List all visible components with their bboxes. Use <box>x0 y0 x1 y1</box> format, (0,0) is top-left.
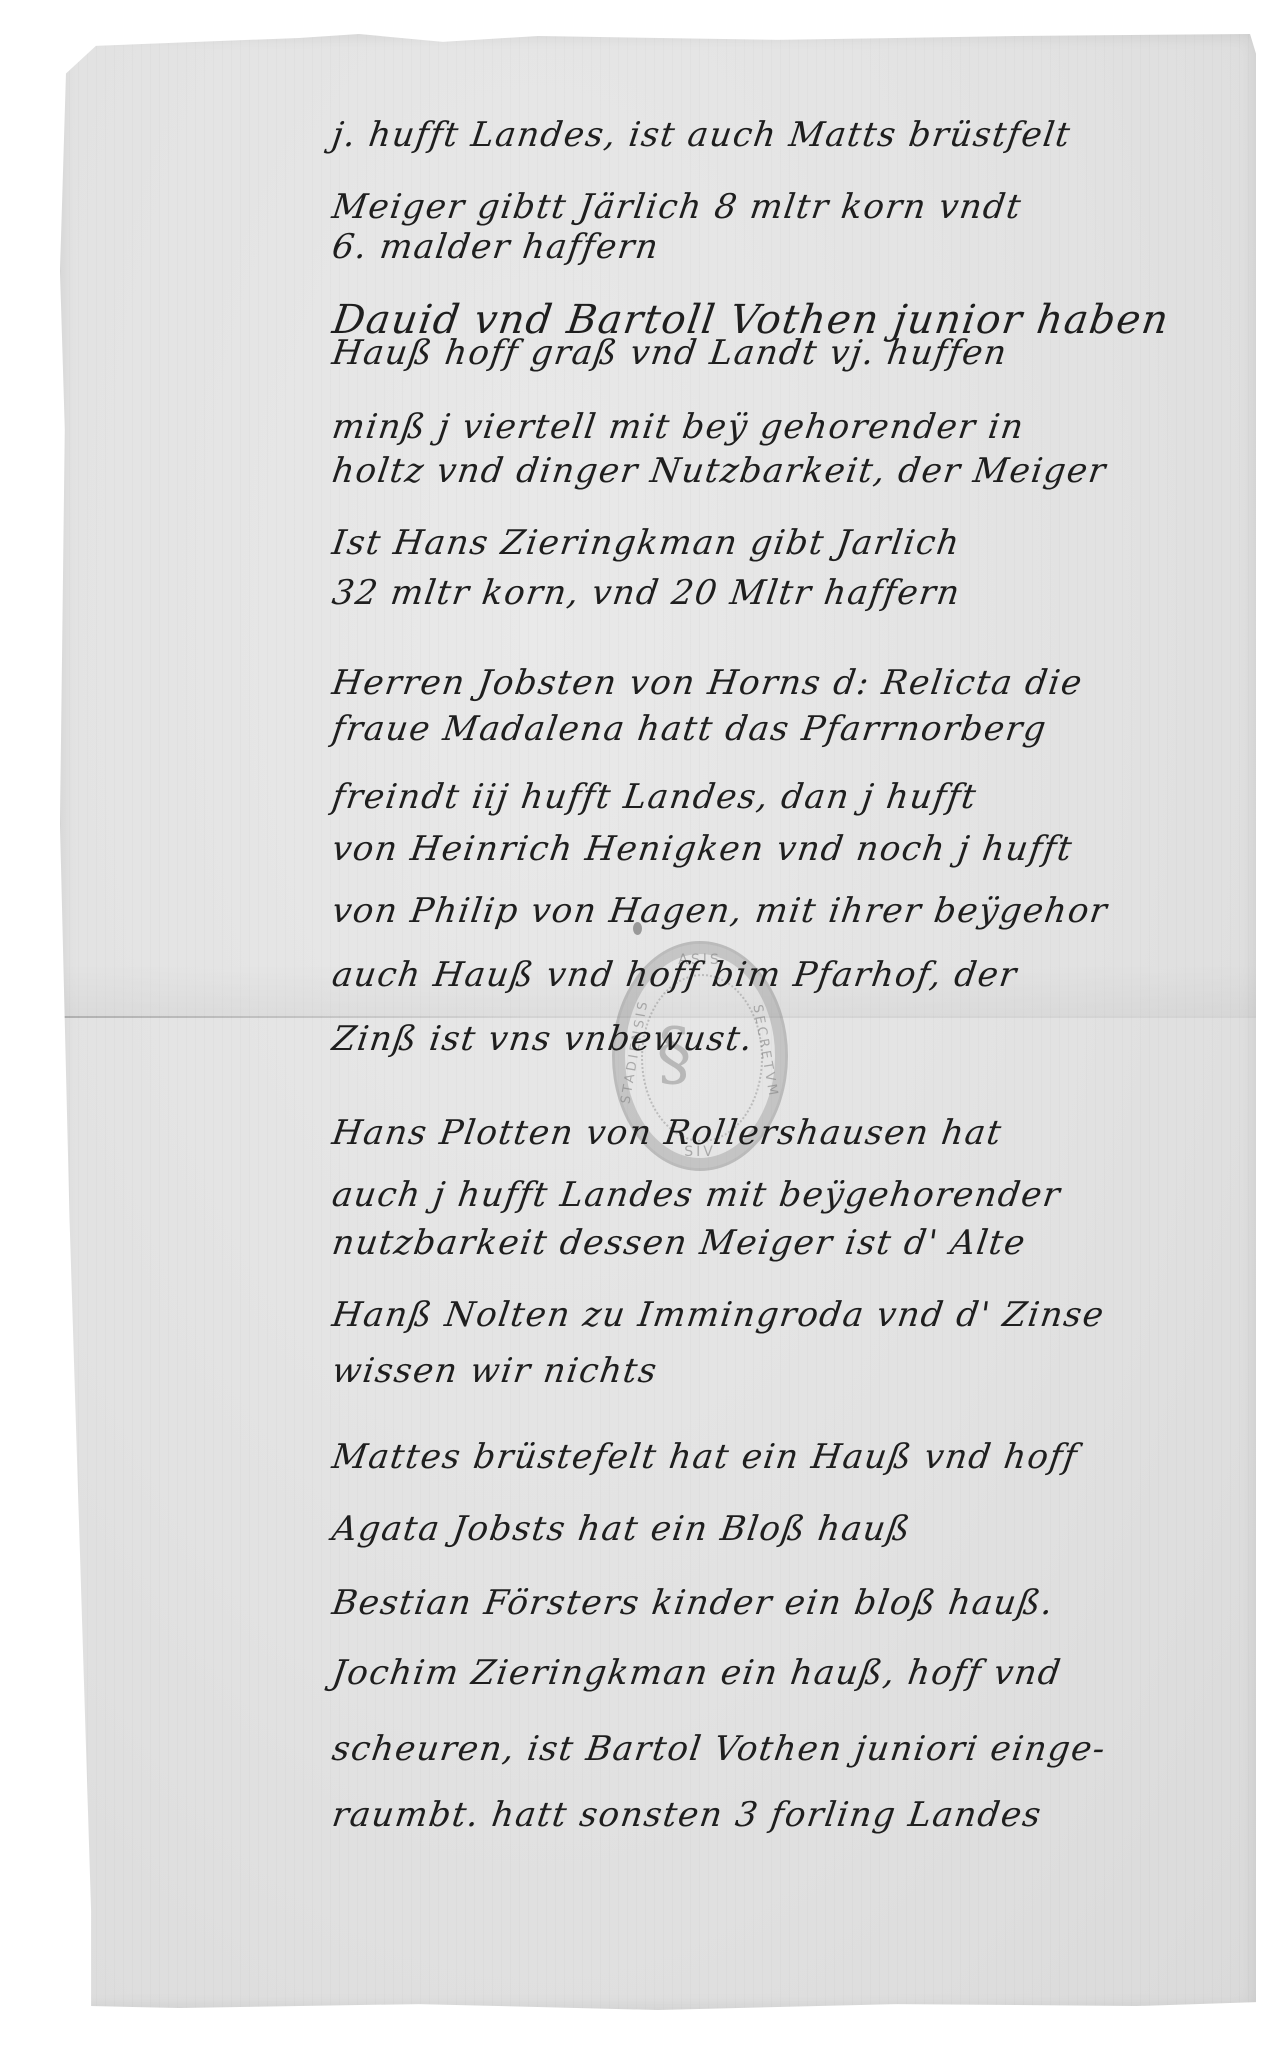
manuscript-line: Mattes brüstefelt hat ein Hauß vnd hoff <box>330 1440 1080 1474</box>
manuscript-line: Herren Jobsten von Horns d: Relicta die <box>330 666 1085 700</box>
manuscript-line: Jochim Zieringkman ein hauß, hoff vnd <box>330 1656 1064 1690</box>
manuscript-line: raumbt. hatt sonsten 3 forling Landes <box>330 1798 1044 1832</box>
manuscript-line: nutzbarkeit dessen Meiger ist d' Alte <box>330 1226 1028 1260</box>
manuscript-line: freindt iij hufft Landes, dan j hufft <box>330 780 979 814</box>
manuscript-line: fraue Madalena hatt das Pfarrnorberg <box>330 712 1049 746</box>
manuscript-line: auch Hauß vnd hoff bim Pfarhof, der <box>330 958 1020 992</box>
manuscript-line: Ist Hans Zieringkman gibt Jarlich <box>330 526 963 560</box>
manuscript-line: Hanß Nolten zu Immingroda vnd d' Zinse <box>330 1298 1107 1332</box>
manuscript-line: Hans Plotten von Rollershausen hat <box>330 1116 1004 1150</box>
manuscript-line: Zinß ist vns vnbewust. <box>330 1022 756 1056</box>
manuscript-page: ASIS STADIENSIS SECRETVM SIV § j. hufft … <box>60 34 1256 2010</box>
manuscript-line: wissen wir nichts <box>330 1354 660 1388</box>
manuscript-line: Agata Jobsts hat ein Bloß hauß <box>330 1512 913 1546</box>
manuscript-line: holtz vnd dinger Nutzbarkeit, der Meiger <box>330 454 1109 488</box>
manuscript-line: Hauß hoff graß vnd Landt vj. huffen <box>330 336 1010 370</box>
manuscript-line: 6. malder haffern <box>330 230 661 264</box>
manuscript-line: 32 mltr korn, vnd 20 Mltr haffern <box>330 576 963 610</box>
manuscript-line: minß j viertell mit beÿ gehorender in <box>330 410 1027 444</box>
manuscript-line: auch j hufft Landes mit beÿgehorender <box>330 1178 1063 1212</box>
manuscript-line: j. hufft Landes, ist auch Matts brüstfel… <box>330 118 1073 152</box>
manuscript-line: von Philip von Hagen, mit ihrer beÿgehor <box>330 894 1110 928</box>
manuscript-text: j. hufft Landes, ist auch Matts brüstfel… <box>60 34 1256 2010</box>
manuscript-line: Bestian Försters kinder ein bloß hauß. <box>330 1586 1056 1620</box>
manuscript-line: von Heinrich Henigken vnd noch j hufft <box>330 832 1075 866</box>
manuscript-line: Meiger gibtt Järlich 8 mltr korn vndt <box>330 190 1024 224</box>
manuscript-line: scheuren, ist Bartol Vothen juniori eing… <box>330 1732 1108 1766</box>
